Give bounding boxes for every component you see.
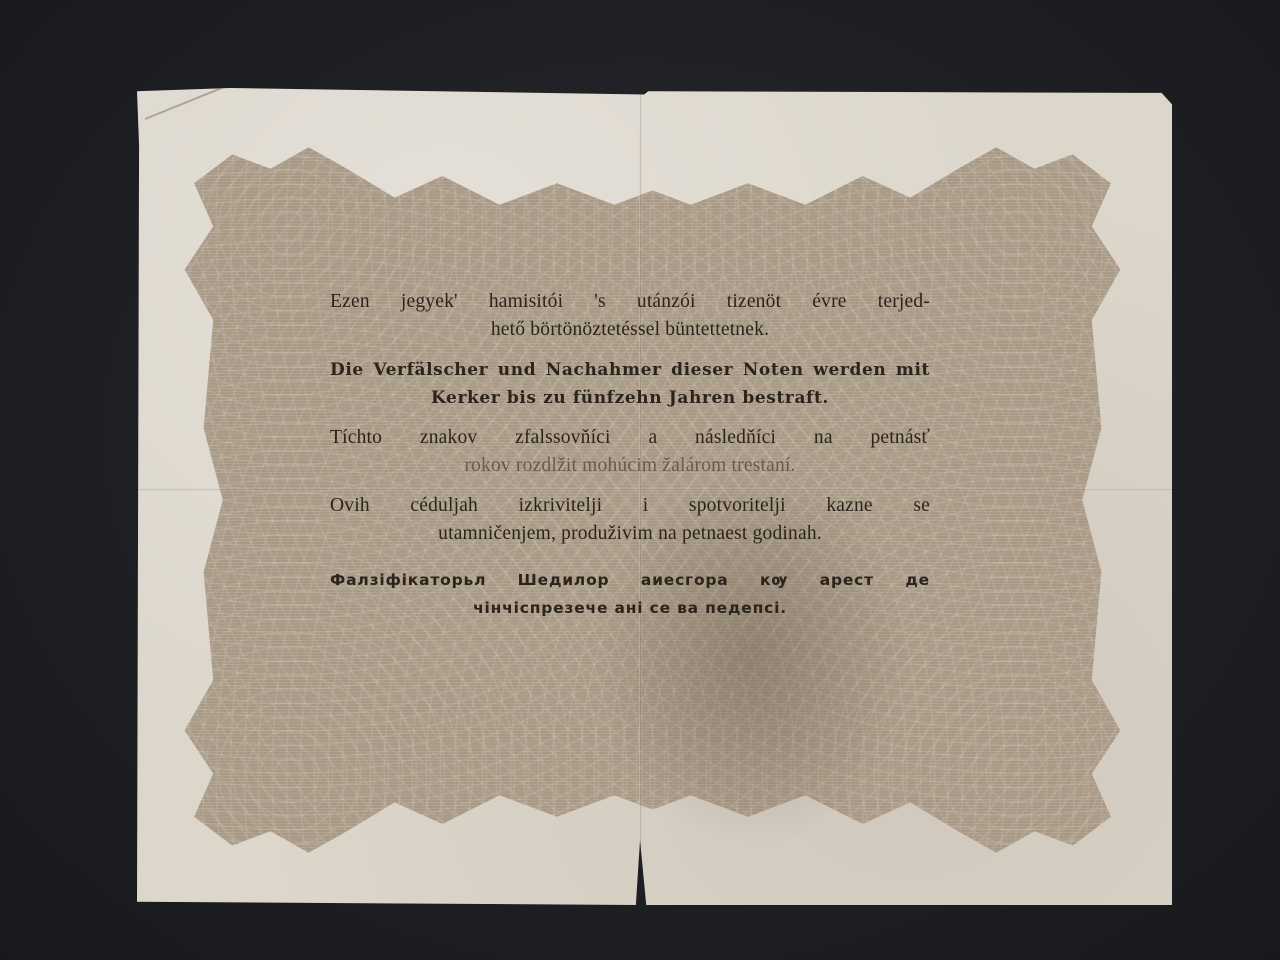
romanian-cyrillic-paragraph: Фалзіфікаторьл Шедилор аиесгора кѹ арест… [330, 566, 930, 622]
photo-scene: Ezen jegyek' hamisitói 's utánzói tizenö… [0, 0, 1280, 960]
hungarian-paragraph: Ezen jegyek' hamisitói 's utánzói tizenö… [330, 288, 930, 344]
slovak-line-1: Tíchto znakov zfalssovňíci a následňíci … [330, 424, 930, 452]
penalty-text-block: Ezen jegyek' hamisitói 's utánzói tizenö… [330, 288, 930, 634]
german-line-1: Die Verfälscher und Nachahmer dieser Not… [330, 356, 930, 384]
hungarian-line-2: hető börtönöztetéssel büntettetnek. [330, 316, 930, 344]
german-paragraph: Die Verfälscher und Nachahmer dieser Not… [330, 356, 930, 412]
corner-crease [145, 84, 229, 120]
slovak-paragraph: Tíchto znakov zfalssovňíci a následňíci … [330, 424, 930, 480]
romanian-line-1: Фалзіфікаторьл Шедилор аиесгора кѹ арест… [330, 566, 930, 594]
romanian-line-2: чінчіспрезече ані се ва педепсі. [330, 594, 930, 622]
slovak-line-2: rokov rozdlžit mohúcim žalárom trestaní. [330, 452, 930, 480]
hungarian-line-1: Ezen jegyek' hamisitói 's utánzói tizenö… [330, 288, 930, 316]
banknote: Ezen jegyek' hamisitói 's utánzói tizenö… [137, 88, 1172, 905]
croatian-line-1: Ovih céduljah izkrivitelji i spotvoritel… [330, 492, 930, 520]
croatian-paragraph: Ovih céduljah izkrivitelji i spotvoritel… [330, 492, 930, 548]
german-line-2: Kerker bis zu fünfzehn Jahren bestraft. [330, 384, 930, 412]
croatian-line-2: utamničenjem, produživim na petnaest god… [330, 520, 930, 548]
